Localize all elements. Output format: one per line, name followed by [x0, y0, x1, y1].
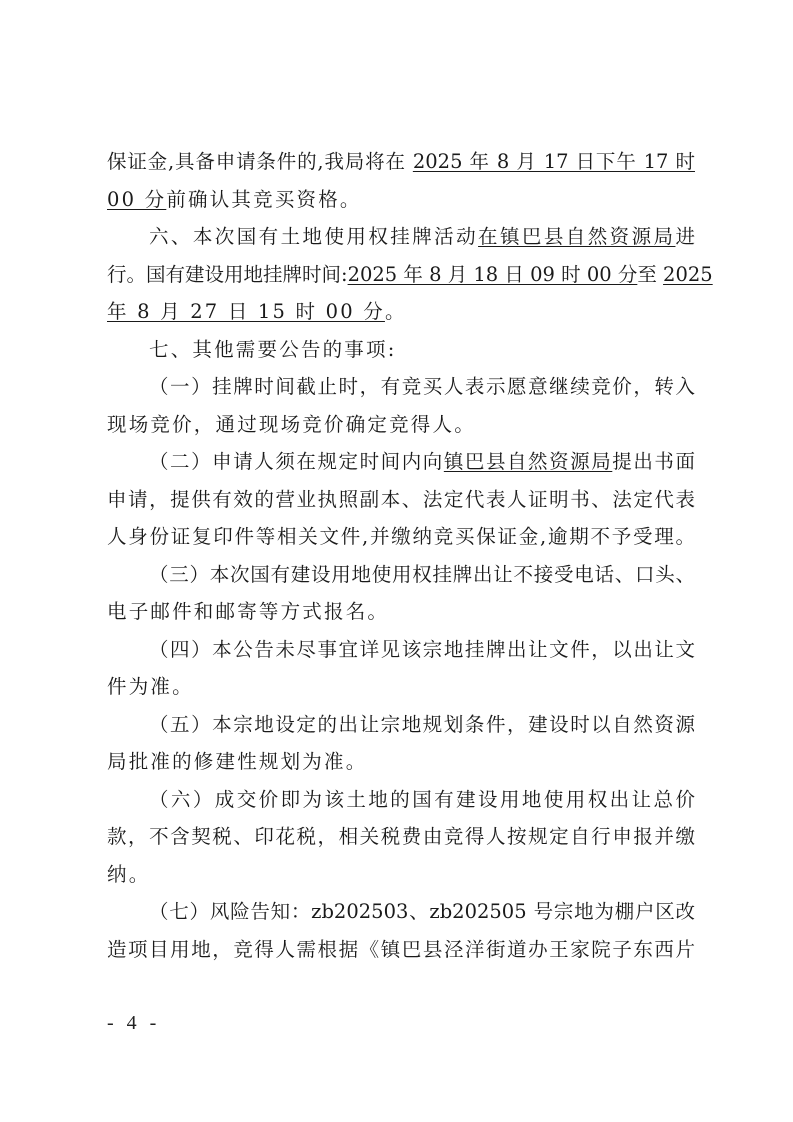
- underlined-text: 2025: [663, 263, 713, 286]
- text-segment: 现场竞价，通过现场竞价确定竞得人。: [107, 413, 476, 436]
- text-line: （二）申请人须在规定时间内向镇巴县自然资源局提出书面: [149, 448, 695, 476]
- text-segment: （六）成交价即为该土地的国有建设用地使用权出让总价: [149, 788, 695, 811]
- text-line: 年 8 月 27 日 15 时 00 分。: [107, 298, 695, 326]
- text-line: 造项目用地，竞得人需根据《镇巴县泾洋街道办王家院子东西片: [107, 936, 695, 964]
- text-segment: （三）本次国有建设用地使用权挂牌出让不接受电话、口头、: [149, 563, 695, 586]
- text-line: 电子邮件和邮寄等方式报名。: [107, 598, 695, 626]
- page-number: - 4 -: [107, 1012, 160, 1035]
- text-line: 保证金,具备申请条件的,我局将在 2025 年 8 月 17 日下午 17 时: [107, 148, 695, 176]
- text-line: 人身份证复印件等相关文件,并缴纳竞买保证金,逾期不予受理。: [107, 523, 695, 551]
- text-line: （四）本公告未尽事宜详见该宗地挂牌出让文件，以出让文: [149, 636, 695, 664]
- text-line: 六、本次国有土地使用权挂牌活动在镇巴县自然资源局进: [149, 223, 695, 251]
- text-segment: 款，不含契税、印花税，相关税费由竞得人按规定自行申报并缴: [107, 825, 695, 848]
- text-segment: 申请，提供有效的营业执照副本、法定代表人证明书、法定代表: [107, 488, 695, 511]
- underlined-text: 2025 年 8 月 17 日下午 17 时: [413, 150, 695, 173]
- text-line: 00 分前确认其竞买资格。: [107, 186, 695, 214]
- text-line: （三）本次国有建设用地使用权挂牌出让不接受电话、口头、: [149, 561, 695, 589]
- underlined-text: 在镇巴县自然资源局: [478, 225, 675, 248]
- text-segment: 前确认其竞买资格。: [166, 188, 361, 211]
- text-segment: 进: [675, 225, 695, 248]
- text-segment: 保证金,具备申请条件的,我局将在: [107, 150, 413, 173]
- text-segment: 纳。: [107, 863, 150, 886]
- text-line: （一）挂牌时间截止时，有竞买人表示愿意继续竞价，转入: [149, 373, 695, 401]
- text-segment: 至: [637, 263, 663, 286]
- text-segment: 局批准的修建性规划为准。: [107, 750, 367, 773]
- text-line: （七）风险告知：zb202503、zb202505 号宗地为棚户区改: [149, 898, 695, 926]
- text-line: 纳。: [107, 861, 695, 889]
- underlined-text: 00 分: [107, 188, 166, 211]
- text-segment: 行。国有建设用地挂牌时间:: [107, 263, 348, 286]
- text-segment: 。: [385, 300, 407, 323]
- text-line: 局批准的修建性规划为准。: [107, 748, 695, 776]
- text-segment: 造项目用地，竞得人需根据《镇巴县泾洋街道办王家院子东西片: [107, 938, 695, 961]
- underlined-text: 年 8 月 27 日 15 时 00 分: [107, 300, 385, 323]
- text-segment: 七、其他需要公告的事项:: [149, 338, 396, 361]
- text-segment: 件为准。: [107, 675, 194, 698]
- text-segment: （二）申请人须在规定时间内向: [149, 450, 444, 473]
- text-segment: 提出书面: [612, 450, 695, 473]
- text-line: 七、其他需要公告的事项:: [149, 336, 695, 364]
- text-segment: （四）本公告未尽事宜详见该宗地挂牌出让文件，以出让文: [149, 638, 695, 661]
- underlined-text: 2025 年 8 月 18 日 09 时 00 分: [348, 263, 638, 286]
- text-segment: 六、本次国有土地使用权挂牌活动: [149, 225, 478, 248]
- text-line: 款，不含契税、印花税，相关税费由竞得人按规定自行申报并缴: [107, 823, 695, 851]
- text-segment: 人身份证复印件等相关文件,并缴纳竞买保证金,逾期不予受理。: [107, 525, 695, 548]
- text-line: 行。国有建设用地挂牌时间:2025 年 8 月 18 日 09 时 00 分至 …: [107, 261, 695, 289]
- text-segment: 电子邮件和邮寄等方式报名。: [107, 600, 389, 623]
- text-segment: （五）本宗地设定的出让宗地规划条件，建设时以自然资源: [149, 713, 695, 736]
- text-segment: （一）挂牌时间截止时，有竞买人表示愿意继续竞价，转入: [149, 375, 695, 398]
- text-segment: （七）风险告知：zb202503、zb202505 号宗地为棚户区改: [149, 900, 695, 923]
- text-line: （五）本宗地设定的出让宗地规划条件，建设时以自然资源: [149, 711, 695, 739]
- text-line: （六）成交价即为该土地的国有建设用地使用权出让总价: [149, 786, 695, 814]
- underlined-text: 镇巴县自然资源局: [444, 450, 612, 473]
- text-line: 件为准。: [107, 673, 695, 701]
- text-line: 申请，提供有效的营业执照副本、法定代表人证明书、法定代表: [107, 486, 695, 514]
- document-page: 保证金,具备申请条件的,我局将在 2025 年 8 月 17 日下午 17 时0…: [0, 0, 793, 1122]
- text-line: 现场竞价，通过现场竞价确定竞得人。: [107, 411, 695, 439]
